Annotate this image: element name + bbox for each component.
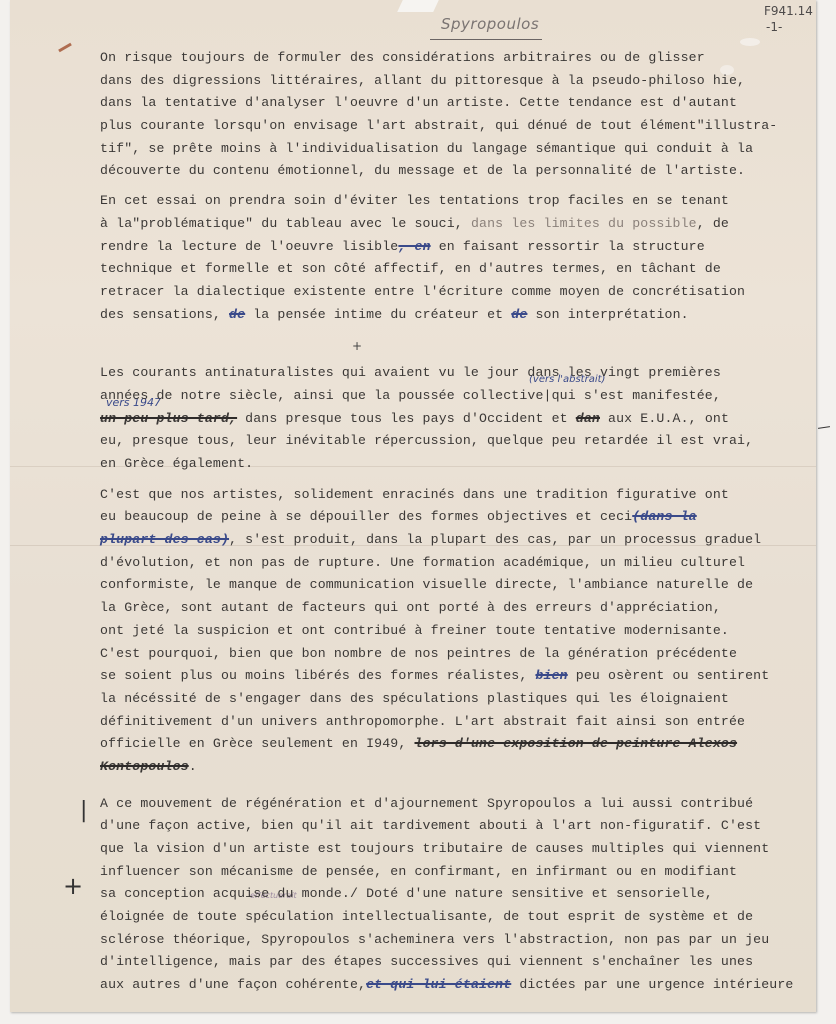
text-line: définitivement d'un univers anthropomorp… (100, 711, 820, 734)
text-line: découverte du contenu émotionnel, du mes… (100, 160, 820, 183)
title-underline (430, 39, 542, 40)
text-line: années de notre siècle, ainsi que la pou… (100, 385, 820, 408)
text-line: C'est pourquoi, bien que bon nombre de n… (100, 643, 820, 666)
struck-text: , en (398, 239, 430, 254)
margin-bar-mark: | (80, 798, 87, 823)
struck-text: bien (535, 668, 567, 683)
paragraph: On risque toujours de formuler des consi… (100, 47, 820, 183)
paragraph: C'est que nos artistes, solidement enrac… (100, 484, 820, 779)
text-line: conformiste, le manque de communication … (100, 574, 820, 597)
document-body: On risque toujours de formuler des consi… (100, 47, 820, 997)
faded-text: dans les limites du possible (471, 216, 697, 231)
text-line: Les courants antinaturalistes qui avaien… (100, 362, 820, 385)
text-line: En cet essai on prendra soin d'éviter le… (100, 190, 820, 213)
text-line: On risque toujours de formuler des consi… (100, 47, 820, 70)
text-line: se soient plus ou moins libérés des form… (100, 665, 820, 688)
text-line: la Grèce, sont autant de facteurs qui on… (100, 597, 820, 620)
struck-text: dan (576, 411, 600, 426)
paragraph: Les courants antinaturalistes qui avaien… (100, 362, 820, 475)
text-line: technique et formelle et son côté affect… (100, 258, 820, 281)
struck-text: lors d'une exposition de peinture Alexos (415, 736, 738, 751)
text-line: officielle en Grèce seulement en I949, l… (100, 733, 820, 756)
struck-text: plupart des cas) (100, 532, 229, 547)
text-line: aux autres d'une façon cohérente,et qui … (100, 974, 820, 997)
text-line: à la"problématique" du tableau avec le s… (100, 213, 820, 236)
text-line: sa conception acquise du monde./ Doté d'… (100, 883, 820, 906)
struck-text: (dans la (632, 509, 697, 524)
archive-reference: F941.14 (764, 4, 813, 18)
text-line: eu beaucoup de peine à se dépouiller des… (100, 506, 820, 529)
struck-text: de (229, 307, 245, 322)
text-line: rendre la lecture de l'oeuvre lisible, e… (100, 236, 820, 259)
text-line: un peu plus tard, dans presque tous les … (100, 408, 820, 431)
text-line: tif", se prête moins à l'individualisati… (100, 138, 820, 161)
paragraph: En cet essai on prendra soin d'éviter le… (100, 190, 820, 326)
paper-tear (740, 38, 760, 46)
text-line: des sensations, de la pensée intime du c… (100, 304, 820, 327)
text-line: la nécéssité de s'engager dans des spécu… (100, 688, 820, 711)
text-line: influencer son mécanisme de pensée, en c… (100, 861, 820, 884)
text-line: d'évolution, et non pas de rupture. Une … (100, 552, 820, 575)
paragraph: A ce mouvement de régénération et d'ajou… (100, 793, 820, 997)
paper-tear (397, 0, 439, 12)
margin-plus-mark: + (63, 872, 83, 900)
text-line: retracer la dialectique existente entre … (100, 281, 820, 304)
text-line: C'est que nos artistes, solidement enrac… (100, 484, 820, 507)
struck-text: Kontopoulos (100, 759, 189, 774)
text-line: d'une façon active, bien qu'il ait tardi… (100, 815, 820, 838)
text-line: plus courante lorsqu'on envisage l'art a… (100, 115, 820, 138)
struck-text: un peu plus tard, (100, 411, 237, 426)
struck-text: et qui lui étaient (366, 977, 511, 992)
text-line: sclérose théorique, Spyropoulos s'achemi… (100, 929, 820, 952)
text-line: dans des digressions littéraires, allant… (100, 70, 820, 93)
text-line: d'intelligence, mais par des étapes succ… (100, 951, 820, 974)
page-number: -1- (766, 20, 782, 34)
text-line: dans la tentative d'analyser l'oeuvre d'… (100, 92, 820, 115)
text-line: plupart des cas), s'est produit, dans la… (100, 529, 820, 552)
text-line: que la vision d'un artiste est toujours … (100, 838, 820, 861)
text-line: eu, presque tous, leur inévitable réperc… (100, 430, 820, 453)
text-line: Kontopoulos. (100, 756, 820, 779)
text-line: en Grèce également. (100, 453, 820, 476)
text-line: A ce mouvement de régénération et d'ajou… (100, 793, 820, 816)
struck-text: de (511, 307, 527, 322)
text-line: éloignée de toute spéculation intellectu… (100, 906, 820, 929)
handwritten-title: Spyropoulos (441, 15, 539, 33)
text-line: ont jeté la suspicion et ont contribué à… (100, 620, 820, 643)
